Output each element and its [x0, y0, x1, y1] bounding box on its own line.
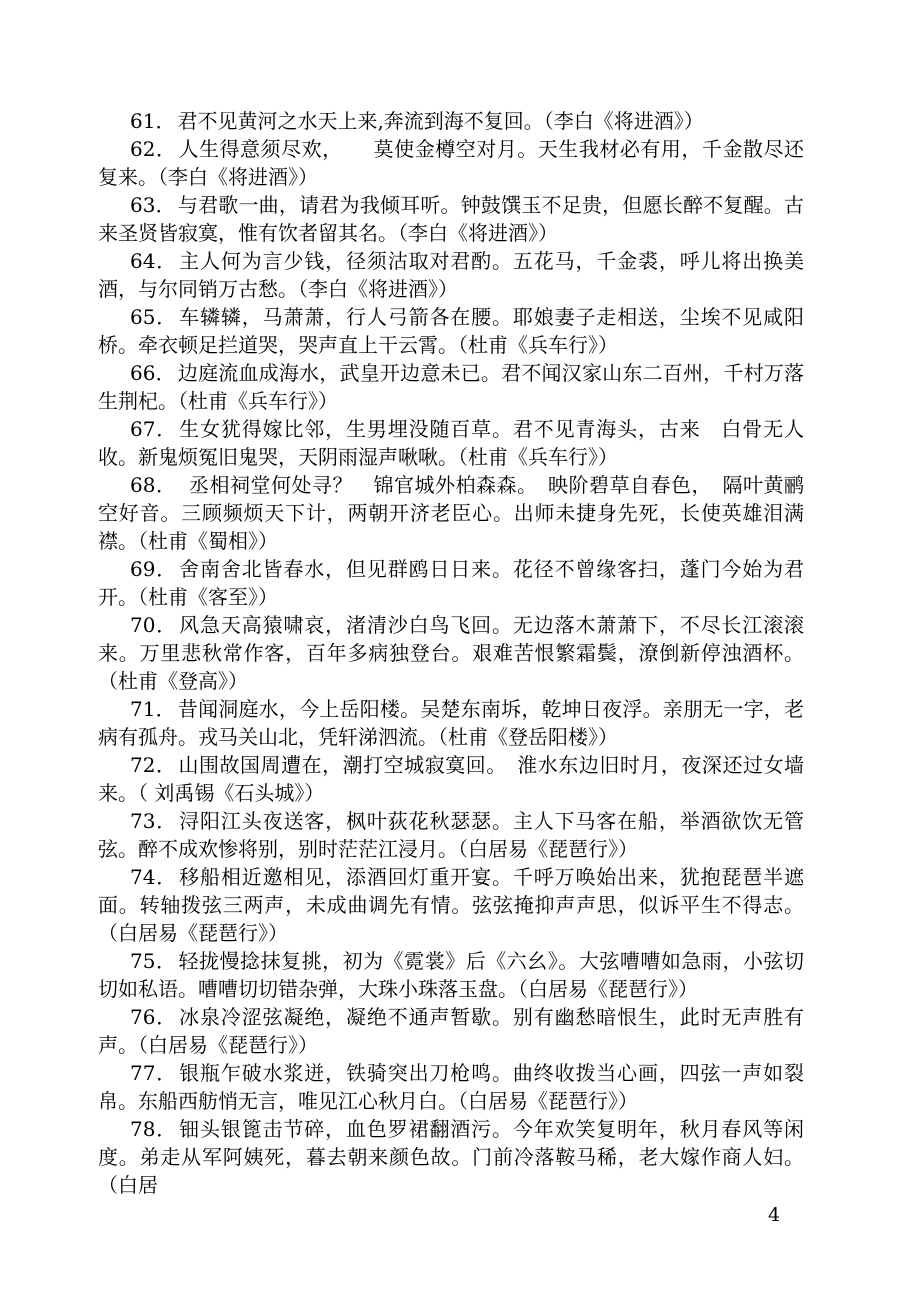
- item-number: 74．: [130, 865, 179, 889]
- poem-item: 68． 丞相祠堂何处寻？ 锦官城外柏森森。 映阶碧草自春色， 隔叶黄鹂空好音。三…: [98, 471, 804, 555]
- item-number: 76．: [130, 1005, 179, 1029]
- item-number: 73．: [130, 809, 179, 833]
- item-number: 70．: [130, 613, 179, 637]
- item-number: 71．: [130, 697, 178, 721]
- poem-item: 67．生女犹得嫁比邻，生男埋没随百草。君不见青海头，古来 白骨无人收。新鬼烦冤旧…: [98, 415, 804, 471]
- item-text: 冰泉冷涩弦凝绝，凝绝不通声暂歇。别有幽愁暗恨生，此时无声胜有声。（白居易《琵琶行…: [98, 1005, 804, 1057]
- item-text: 车辚辚，马萧萧，行人弓箭各在腰。耶娘妻子走相送，尘埃不见咸阳桥。牵衣顿足拦道哭，…: [98, 305, 804, 357]
- item-text: 主人何为言少钱，径须沽取对君酌。五花马，千金裘，呼儿将出换美酒，与尔同销万古愁。…: [98, 249, 804, 301]
- poem-item: 65．车辚辚，马萧萧，行人弓箭各在腰。耶娘妻子走相送，尘埃不见咸阳桥。牵衣顿足拦…: [98, 303, 804, 359]
- poem-item: 72．山围故国周遭在，潮打空城寂寞回。 淮水东边旧时月，夜深还过女墙来。（ 刘禹…: [98, 751, 804, 807]
- item-text: 钿头银篦击节碎，血色罗裙翻酒污。今年欢笑复明年，秋月春风等闲度。弟走从军阿姨死，…: [98, 1117, 804, 1197]
- poem-item: 73．浔阳江头夜送客，枫叶荻花秋瑟瑟。主人下马客在船，举酒欲饮无管弦。醉不成欢惨…: [98, 807, 804, 863]
- item-text: 生女犹得嫁比邻，生男埋没随百草。君不见青海头，古来 白骨无人收。新鬼烦冤旧鬼哭，…: [98, 417, 804, 469]
- page-number: 4: [768, 1203, 780, 1227]
- item-text: 风急天高猿啸哀，渚清沙白鸟飞回。无边落木萧萧下，不尽长江滚滚来。万里悲秋常作客，…: [98, 613, 804, 693]
- poem-item: 62．人生得意须尽欢， 莫使金樽空对月。天生我材必有用，千金散尽还复来。（李白《…: [98, 135, 804, 191]
- item-number: 62．: [130, 137, 178, 161]
- item-text: 移船相近邀相见，添酒回灯重开宴。千呼万唤始出来，犹抱琵琶半遮面。转轴拨弦三两声，…: [98, 865, 804, 945]
- item-text: 人生得意须尽欢， 莫使金樽空对月。天生我材必有用，千金散尽还复来。（李白《将进酒…: [98, 137, 804, 189]
- item-number: 67．: [130, 417, 179, 441]
- item-number: 69．: [130, 557, 179, 581]
- item-text: 轻拢慢捻抹复挑，初为《霓裳》后《六幺》。大弦嘈嘈如急雨，小弦切切如私语。嘈嘈切切…: [98, 949, 804, 1001]
- poem-item: 74．移船相近邀相见，添酒回灯重开宴。千呼万唤始出来，犹抱琵琶半遮面。转轴拨弦三…: [98, 863, 804, 947]
- poem-item: 76．冰泉冷涩弦凝绝，凝绝不通声暂歇。别有幽愁暗恨生，此时无声胜有声。（白居易《…: [98, 1003, 804, 1059]
- item-text: 山围故国周遭在，潮打空城寂寞回。 淮水东边旧时月，夜深还过女墙来。（ 刘禹锡《石…: [98, 753, 804, 805]
- item-number: 68．: [130, 473, 168, 497]
- poem-item: 66．边庭流血成海水，武皇开边意未已。君不闻汉家山东二百州，千村万落生荆杞。（杜…: [98, 359, 804, 415]
- item-text: 昔闻洞庭水，今上岳阳楼。吴楚东南坼，乾坤日夜浮。亲朋无一字，老病有孤舟。戎马关山…: [98, 697, 804, 749]
- item-text: 君不见黄河之水天上来,奔流到海不复回。（李白《将进酒》）: [177, 109, 703, 133]
- item-number: 63．: [130, 193, 178, 217]
- item-number: 75．: [130, 949, 178, 973]
- item-number: 66．: [130, 361, 178, 385]
- item-number: 72．: [130, 753, 178, 777]
- poem-item: 70．风急天高猿啸哀，渚清沙白鸟飞回。无边落木萧萧下，不尽长江滚滚来。万里悲秋常…: [98, 611, 804, 695]
- item-text: 边庭流血成海水，武皇开边意未已。君不闻汉家山东二百州，千村万落生荆杞。（杜甫《兵…: [98, 361, 804, 413]
- item-number: 65．: [130, 305, 179, 329]
- item-number: 78．: [130, 1117, 179, 1141]
- item-text: 舍南舍北皆春水，但见群鸥日日来。花径不曾缘客扫，蓬门今始为君开。（杜甫《客至》）: [98, 557, 804, 609]
- item-text: 浔阳江头夜送客，枫叶荻花秋瑟瑟。主人下马客在船，举酒欲饮无管弦。醉不成欢惨将别，…: [98, 809, 804, 861]
- poem-item: 64．主人何为言少钱，径须沽取对君酌。五花马，千金裘，呼儿将出换美酒，与尔同销万…: [98, 247, 804, 303]
- item-text: 与君歌一曲，请君为我倾耳听。钟鼓馔玉不足贵，但愿长醉不复醒。古来圣贤皆寂寞，惟有…: [98, 193, 804, 245]
- poem-item: 61．君不见黄河之水天上来,奔流到海不复回。（李白《将进酒》）: [98, 107, 804, 135]
- poem-item: 77．银瓶乍破水浆迸，铁骑突出刀枪鸣。曲终收拨当心画，四弦一声如裂帛。东船西舫悄…: [98, 1059, 804, 1115]
- poem-item: 63．与君歌一曲，请君为我倾耳听。钟鼓馔玉不足贵，但愿长醉不复醒。古来圣贤皆寂寞…: [98, 191, 804, 247]
- item-text: 丞相祠堂何处寻？ 锦官城外柏森森。 映阶碧草自春色， 隔叶黄鹂空好音。三顾频烦天…: [98, 473, 804, 553]
- document-page: 61．君不见黄河之水天上来,奔流到海不复回。（李白《将进酒》）62．人生得意须尽…: [0, 0, 920, 1302]
- poem-list: 61．君不见黄河之水天上来,奔流到海不复回。（李白《将进酒》）62．人生得意须尽…: [98, 107, 804, 1199]
- item-number: 64．: [130, 249, 179, 273]
- item-number: 61．: [130, 109, 177, 133]
- poem-item: 71．昔闻洞庭水，今上岳阳楼。吴楚东南坼，乾坤日夜浮。亲朋无一字，老病有孤舟。戎…: [98, 695, 804, 751]
- item-text: 银瓶乍破水浆迸，铁骑突出刀枪鸣。曲终收拨当心画，四弦一声如裂帛。东船西舫悄无言，…: [98, 1061, 804, 1113]
- poem-item: 75．轻拢慢捻抹复挑，初为《霓裳》后《六幺》。大弦嘈嘈如急雨，小弦切切如私语。嘈…: [98, 947, 804, 1003]
- item-number: 77．: [130, 1061, 179, 1085]
- poem-item: 78．钿头银篦击节碎，血色罗裙翻酒污。今年欢笑复明年，秋月春风等闲度。弟走从军阿…: [98, 1115, 804, 1199]
- poem-item: 69．舍南舍北皆春水，但见群鸥日日来。花径不曾缘客扫，蓬门今始为君开。（杜甫《客…: [98, 555, 804, 611]
